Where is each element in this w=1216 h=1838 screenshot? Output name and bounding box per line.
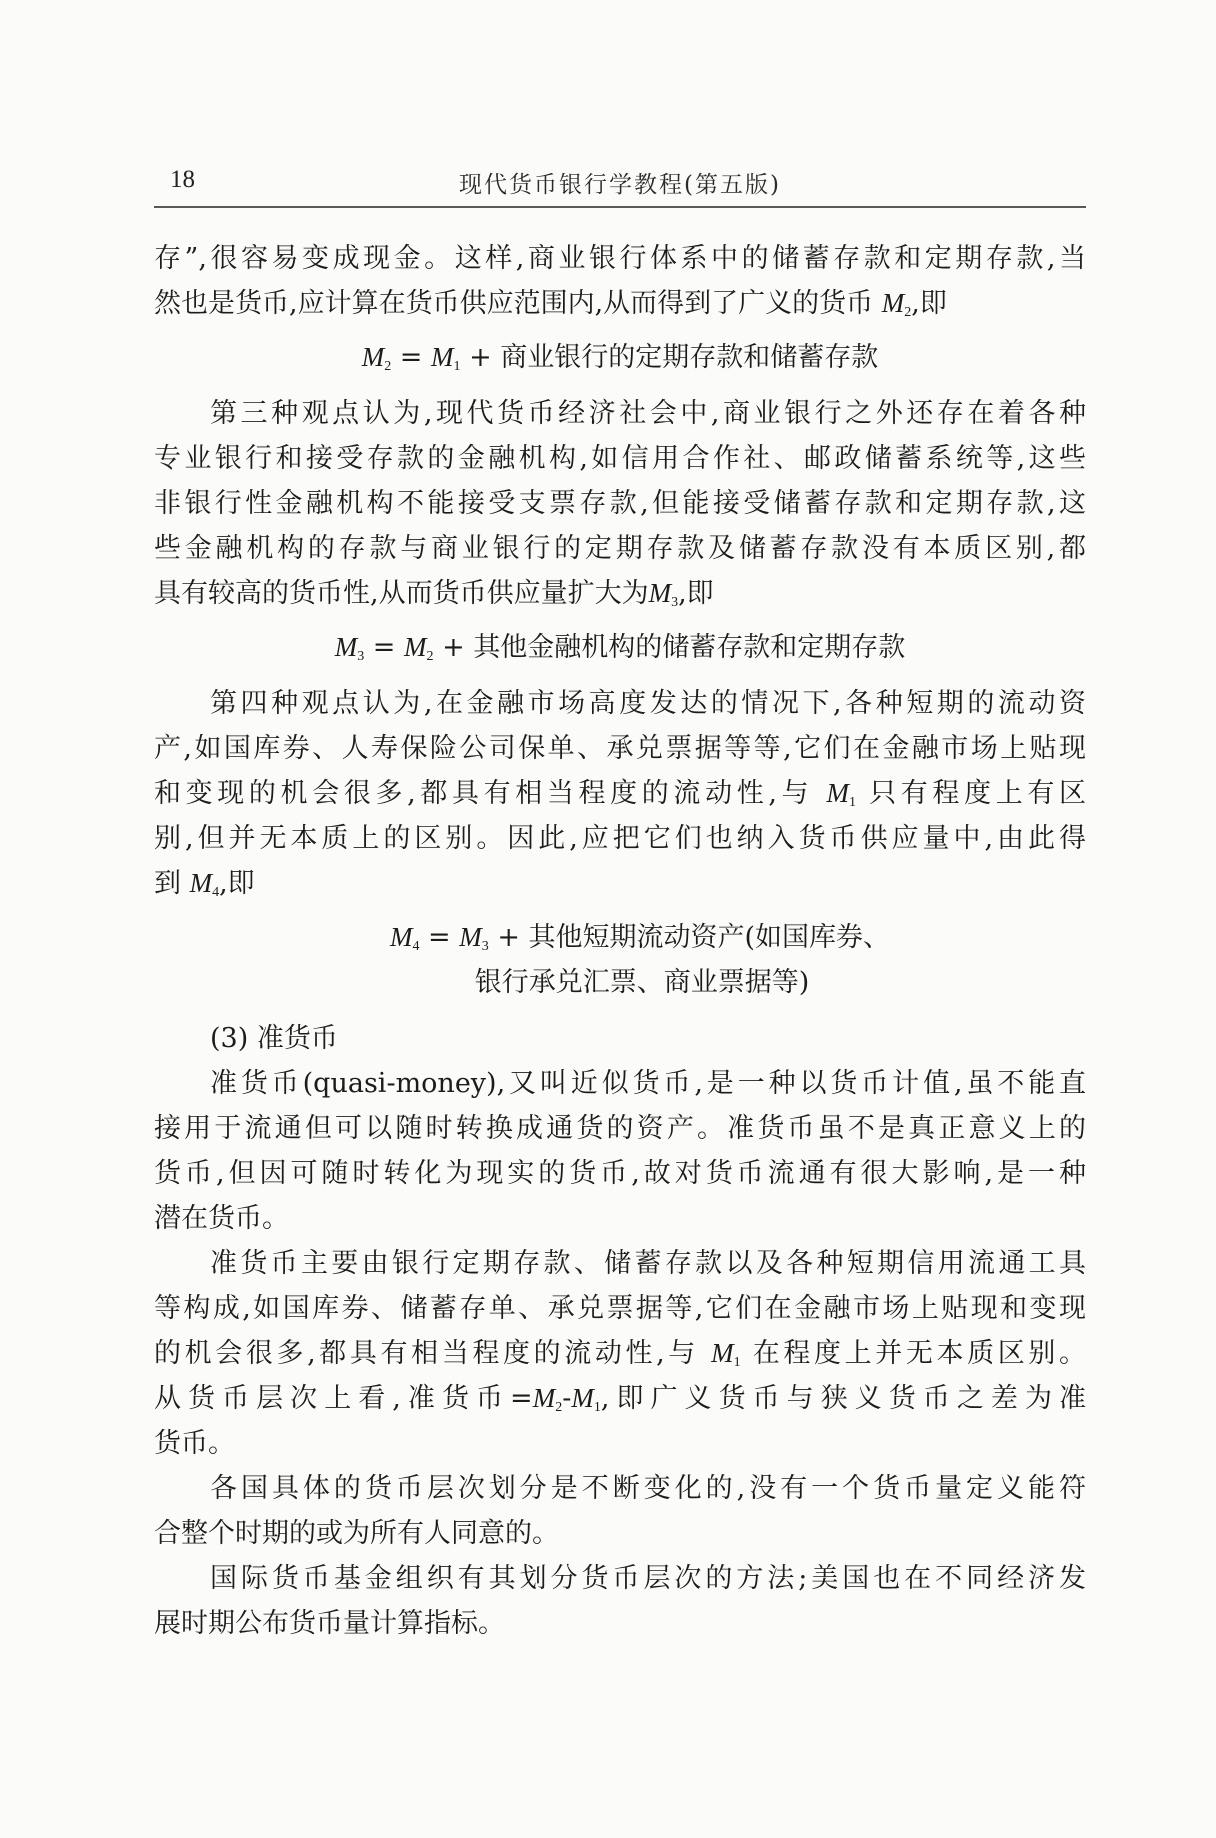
text-line: 存”,很容易变成现金。这样,商业银行体系中的储蓄存款和定期存款,当 (154, 236, 1086, 281)
section-heading: (3) 准货币 (154, 1016, 1086, 1061)
math-symbol: M1 (826, 778, 856, 808)
math-var: M (826, 778, 849, 808)
math-symbol: M4 (390, 922, 420, 952)
text-line: 货币,但因可随时转化为现实的货币,故对货币流通有很大影响,是一种 (154, 1151, 1086, 1196)
text-line: 些金融机构的存款与商业银行的定期存款及储蓄存款没有本质区别,都 (154, 526, 1086, 571)
equals-sign: = (364, 632, 404, 663)
math-var: M (649, 578, 672, 608)
math-subscript: 1 (734, 1355, 741, 1370)
math-subscript: 1 (849, 795, 856, 810)
text-span: ,即 (678, 578, 714, 609)
text-line: 到 M4,即 (154, 861, 1086, 906)
formula-m4-continuation: 银行承兑汇票、商业票据等) (154, 960, 1086, 1005)
math-symbol: M1 (711, 1338, 741, 1368)
formula-m2: M2 = M1 + 商业银行的定期存款和储蓄存款 (154, 335, 1086, 380)
text-span: 和变现的机会很多,都具有相当程度的流动性,与 (154, 778, 826, 809)
text-span: ,即 (911, 288, 947, 319)
text-line: 专业银行和接受存款的金融机构,如信用合作社、邮政储蓄系统等,这些 (154, 436, 1086, 481)
math-symbol: M3 (649, 578, 679, 608)
header-rule (154, 206, 1086, 208)
text-line: 非银行性金融机构不能接受支票存款,但能接受储蓄存款和定期存款,这 (154, 481, 1086, 526)
text-line: 和变现的机会很多,都具有相当程度的流动性,与 M1 只有程度上有区 (154, 771, 1086, 816)
formula-m4: M4 = M3 + 其他短期流动资产(如国库券、 (154, 915, 1086, 960)
text-span: 的机会很多,都具有相当程度的流动性,与 (154, 1338, 711, 1369)
body-text: 存”,很容易变成现金。这样,商业银行体系中的储蓄存款和定期存款,当 然也是货币,… (154, 236, 1086, 1646)
math-symbol: M2 (882, 288, 912, 318)
formula-text: + 其他金融机构的储蓄存款和定期存款 (434, 632, 906, 663)
math-subscript: 1 (454, 359, 461, 374)
text-line: 第三种观点认为,现代货币经济社会中,商业银行之外还存在着各种 (154, 391, 1086, 436)
text-line: 各国具体的货币层次划分是不断变化的,没有一个货币量定义能符 (154, 1466, 1086, 1511)
math-symbol: M3 (335, 632, 365, 662)
text-line: 国际货币基金组织有其划分货币层次的方法;美国也在不同经济发 (154, 1556, 1086, 1601)
math-var: M (571, 1383, 594, 1413)
text-line: 接用于流通但可以随时转换成通货的资产。准货币虽不是真正意义上的 (154, 1106, 1086, 1151)
math-symbol: M2 (404, 632, 434, 662)
math-symbol: M3 (459, 922, 489, 952)
math-symbol: M4 (190, 868, 220, 898)
math-var: M (390, 922, 413, 952)
equals-sign: = (391, 342, 431, 373)
text-line: 从货币层次上看,准货币=M2-M1,即广义货币与狭义货币之差为准 (154, 1376, 1086, 1421)
text-line: 潜在货币。 (154, 1196, 1086, 1241)
text-span: 然也是货币,应计算在货币供应范围内,从而得到了广义的货币 (154, 288, 882, 319)
math-var: M (711, 1338, 734, 1368)
math-var: M (533, 1383, 556, 1413)
text-line: 别,但并无本质上的区别。因此,应把它们也纳入货币供应量中,由此得 (154, 816, 1086, 861)
math-subscript: 1 (594, 1400, 601, 1415)
minus-sign: - (562, 1383, 571, 1414)
text-line: 产,如国库券、人寿保险公司保单、承兑票据等等,它们在金融市场上贴现 (154, 726, 1086, 771)
text-line: 准货币(quasi-money),又叫近似货币,是一种以货币计值,虽不能直 (154, 1061, 1086, 1106)
text-line: 第四种观点认为,在金融市场高度发达的情况下,各种短期的流动资 (154, 681, 1086, 726)
math-var: M (190, 868, 213, 898)
text-span: ,即广义货币与狭义货币之差为准 (601, 1383, 1086, 1414)
formula-text: + 商业银行的定期存款和储蓄存款 (461, 342, 879, 373)
text-span: 在程度上并无本质区别。 (741, 1338, 1086, 1369)
text-span: 从货币层次上看,准货币= (154, 1383, 533, 1414)
math-var: M (404, 632, 427, 662)
text-line: 货币。 (154, 1421, 1086, 1466)
running-header: 18 现代货币银行学教程(第五版) (154, 162, 1086, 202)
math-var: M (459, 922, 482, 952)
text-span: 具有较高的货币性,从而货币供应量扩大为 (154, 578, 649, 609)
math-var: M (335, 632, 358, 662)
math-subscript: 3 (482, 939, 489, 954)
formula-text: + 其他短期流动资产(如国库券、 (489, 922, 890, 953)
text-line: 合整个时期的或为所有人同意的。 (154, 1511, 1086, 1556)
text-line: 的机会很多,都具有相当程度的流动性,与 M1 在程度上并无本质区别。 (154, 1331, 1086, 1376)
text-line: 展时期公布货币量计算指标。 (154, 1601, 1086, 1646)
math-var: M (362, 342, 385, 372)
text-span: ,即 (219, 868, 255, 899)
math-symbol: M2 (362, 342, 392, 372)
book-title: 现代货币银行学教程(第五版) (154, 166, 1086, 199)
text-line: 等构成,如国库券、储蓄存单、承兑票据等,它们在金融市场上贴现和变现 (154, 1286, 1086, 1331)
text-line: 准货币主要由银行定期存款、储蓄存款以及各种短期信用流通工具 (154, 1241, 1086, 1286)
math-var: M (431, 342, 454, 372)
math-var: M (882, 288, 905, 318)
formula-m3: M3 = M2 + 其他金融机构的储蓄存款和定期存款 (154, 625, 1086, 670)
math-symbol: M1 (571, 1383, 601, 1413)
text-line: 具有较高的货币性,从而货币供应量扩大为M3,即 (154, 571, 1086, 616)
text-span: 只有程度上有区 (856, 778, 1086, 809)
math-symbol: M2 (533, 1383, 563, 1413)
text-line: 然也是货币,应计算在货币供应范围内,从而得到了广义的货币 M2,即 (154, 281, 1086, 326)
math-subscript: 2 (427, 649, 434, 664)
equals-sign: = (419, 922, 459, 953)
math-symbol: M1 (431, 342, 461, 372)
text-span: 到 (154, 868, 190, 899)
